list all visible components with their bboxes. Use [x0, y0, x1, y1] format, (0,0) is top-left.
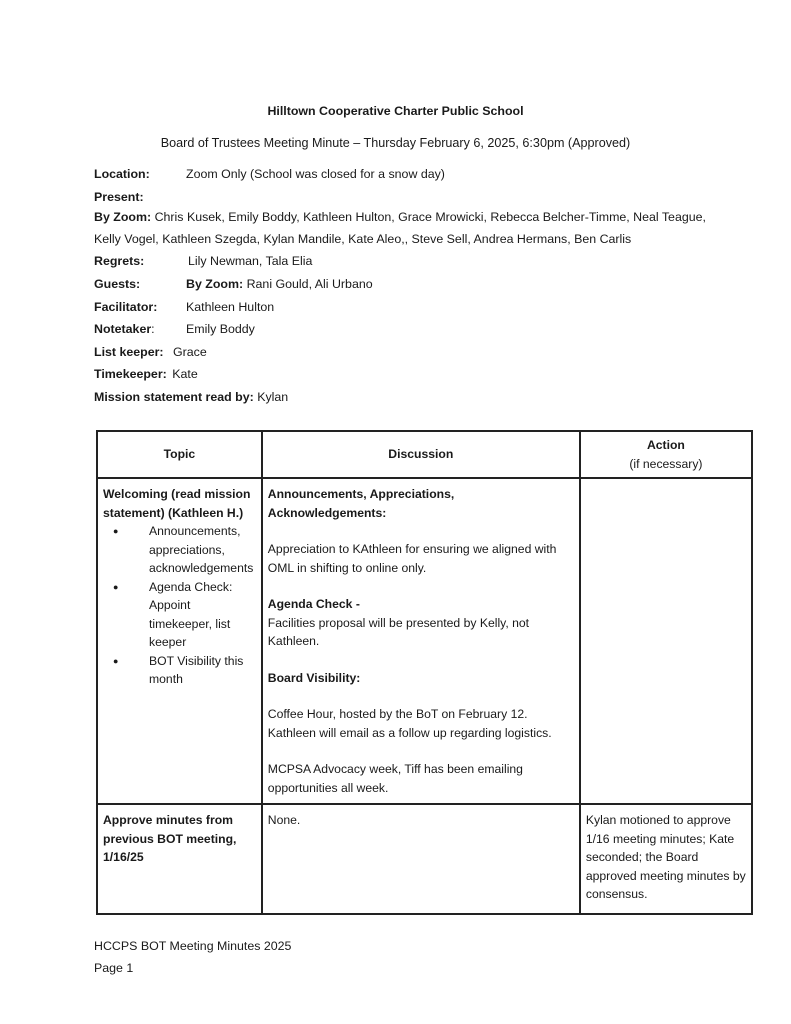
action-cell	[580, 478, 752, 804]
location-label: Location:	[94, 167, 150, 181]
present-label: Present:	[94, 190, 144, 204]
topic-cell: Approve minutes from previous BOT meetin…	[97, 804, 262, 914]
discussion-heading: Announcements, Appreciations, Acknowledg…	[268, 485, 574, 522]
timekeeper-row: Timekeeper: Kate	[94, 367, 198, 381]
mission-label: Mission statement read by:	[94, 390, 254, 404]
mission-row: Mission statement read by: Kylan	[94, 390, 288, 404]
discussion-text: Coffee Hour, hosted by the BoT on Februa…	[268, 705, 574, 742]
guests-row: Guests: By Zoom: Rani Gould, Ali Urbano	[94, 277, 140, 291]
discussion-text: MCPSA Advocacy week, Tiff has been email…	[268, 760, 574, 797]
regrets-value: Lily Newman, Tala Elia	[188, 254, 312, 268]
regrets-row: Regrets: Lily Newman, Tala Elia	[94, 254, 144, 268]
topic-cell: Welcoming (read mission statement) (Kath…	[97, 478, 262, 804]
facilitator-label: Facilitator:	[94, 300, 157, 314]
by-zoom-label: By Zoom:	[94, 210, 151, 224]
guests-value: Rani Gould, Ali Urbano	[243, 277, 372, 291]
document-title: Hilltown Cooperative Charter Public Scho…	[0, 104, 791, 118]
discussion-cell: Announcements, Appreciations, Acknowledg…	[262, 478, 580, 804]
present-label-text: Present:	[94, 190, 144, 204]
topic-title: Approve minutes from previous BOT meetin…	[103, 811, 256, 867]
table-row: Approve minutes from previous BOT meetin…	[97, 804, 752, 914]
list-keeper-row: List keeper: Grace	[94, 345, 207, 359]
guests-by-zoom-label: By Zoom:	[186, 277, 243, 291]
discussion-cell: None.	[262, 804, 580, 914]
topic-title: Welcoming (read mission statement) (Kath…	[103, 485, 256, 522]
list-item: Agenda Check: Appoint timekeeper, list k…	[149, 578, 256, 652]
minutes-table: Topic Discussion Action (if necessary) W…	[96, 430, 753, 915]
by-zoom-attendees: Chris Kusek, Emily Boddy, Kathleen Hulto…	[94, 210, 706, 246]
list-item: BOT Visibility this month	[149, 652, 256, 689]
regrets-label: Regrets:	[94, 254, 144, 268]
header-discussion: Discussion	[262, 431, 580, 478]
discussion-text: Facilities proposal will be presented by…	[268, 614, 574, 651]
header-action-line2: (if necessary)	[585, 455, 747, 474]
document-subtitle: Board of Trustees Meeting Minute – Thurs…	[0, 136, 791, 150]
list-item: Announcements, appreciations, acknowledg…	[149, 522, 256, 578]
table-header-row: Topic Discussion Action (if necessary)	[97, 431, 752, 478]
mission-value: Kylan	[254, 390, 288, 404]
location-value: Zoom Only (School was closed for a snow …	[186, 167, 445, 181]
present-by-zoom: By Zoom: Chris Kusek, Emily Boddy, Kathl…	[94, 206, 714, 250]
list-keeper-value: Grace	[173, 345, 207, 359]
list-keeper-label: List keeper:	[94, 345, 164, 359]
footer-page-number: Page 1	[94, 961, 133, 975]
table-row: Welcoming (read mission statement) (Kath…	[97, 478, 752, 804]
notetaker-row: Notetaker: Emily Boddy	[94, 322, 155, 336]
notetaker-label: Notetaker	[94, 322, 151, 336]
discussion-heading: Board Visibility:	[268, 669, 574, 688]
notetaker-colon: :	[151, 322, 154, 336]
discussion-text: Appreciation to KAthleen for ensuring we…	[268, 540, 574, 577]
facilitator-row: Facilitator: Kathleen Hulton	[94, 300, 157, 314]
facilitator-value: Kathleen Hulton	[186, 300, 274, 314]
guests-label: Guests:	[94, 277, 140, 291]
action-cell: Kylan motioned to approve 1/16 meeting m…	[580, 804, 752, 914]
location-row: Location: Zoom Only (School was closed f…	[94, 167, 150, 181]
timekeeper-value: Kate	[172, 367, 198, 381]
header-action-line1: Action	[585, 436, 747, 455]
timekeeper-label: Timekeeper:	[94, 367, 167, 381]
topic-list: Announcements, appreciations, acknowledg…	[103, 522, 256, 689]
notetaker-value: Emily Boddy	[186, 322, 255, 336]
discussion-heading: Agenda Check -	[268, 595, 574, 614]
footer-title: HCCPS BOT Meeting Minutes 2025	[94, 939, 291, 953]
header-action: Action (if necessary)	[580, 431, 752, 478]
header-topic: Topic	[97, 431, 262, 478]
